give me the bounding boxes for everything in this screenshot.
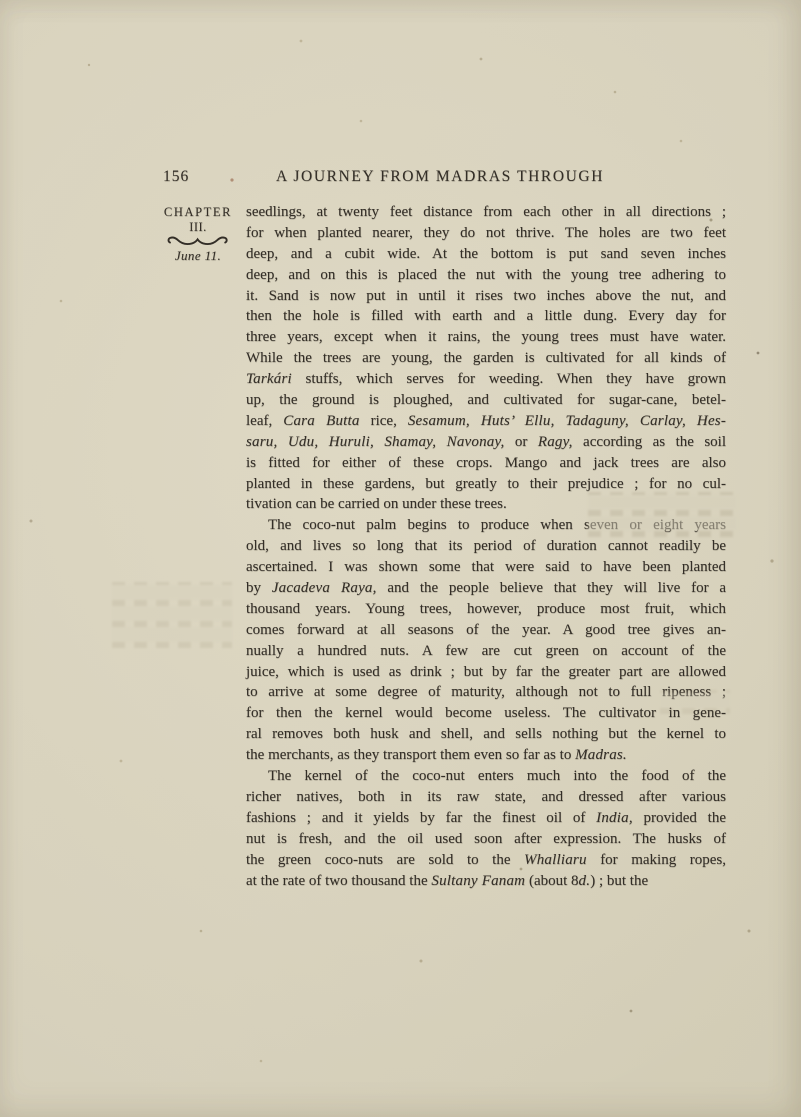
text-line: the green coco-nuts are sold to the Whal… bbox=[246, 850, 726, 871]
text-line: nut is fresh, and the oil used soon afte… bbox=[246, 829, 726, 850]
text-line: richer natives, both in its raw state, a… bbox=[246, 787, 726, 808]
text-line: for then the kernel would become useless… bbox=[246, 703, 726, 724]
text-line: ral removes both husk and shell, and sel… bbox=[246, 724, 726, 745]
text-line: for when planted nearer, they do not thr… bbox=[246, 223, 726, 244]
text-line: at the rate of two thousand the Sultany … bbox=[246, 871, 726, 892]
book-page-scan: 156 A JOURNEY FROM MADRAS THROUGH CHAPTE… bbox=[0, 0, 801, 1117]
margin-notes: CHAPTER III. June 11. bbox=[150, 205, 246, 264]
swash-ornament-icon bbox=[166, 234, 230, 248]
text-line: deep, and a cubit wide. At the bottom is… bbox=[246, 244, 726, 265]
text-line: leaf, Cara Butta rice, Sesamum, Huts’ El… bbox=[246, 411, 726, 432]
text-line: it. Sand is now put in until it rises tw… bbox=[246, 286, 726, 307]
text-line: is fitted for either of these crops. Man… bbox=[246, 453, 726, 474]
text-line: ascertained. I was shown some that were … bbox=[246, 557, 726, 578]
text-line: three years, except when it rains, the y… bbox=[246, 327, 726, 348]
text-line: While the trees are young, the garden is… bbox=[246, 348, 726, 369]
text-line: by Jacadeva Raya, and the people believe… bbox=[246, 578, 726, 599]
text-line: deep, and on this is placed the nut with… bbox=[246, 265, 726, 286]
text-line: thousand years. Young trees, however, pr… bbox=[246, 599, 726, 620]
show-through-smudge bbox=[588, 492, 738, 537]
text-line: comes forward at all seasons of the year… bbox=[246, 620, 726, 641]
body-text: seedlings, at twenty feet distance from … bbox=[246, 202, 726, 891]
margin-chapter-numeral: III. bbox=[150, 220, 246, 235]
text-line: saru, Udu, Huruli, Shamay, Navonay, or R… bbox=[246, 432, 726, 453]
text-line: to arrive at some degree of maturity, al… bbox=[246, 682, 726, 703]
text-line: the merchants, as they transport them ev… bbox=[246, 745, 726, 766]
paper-specks bbox=[0, 0, 2, 2]
show-through-smudge bbox=[660, 690, 730, 714]
text-line: then the hole is filled with earth and a… bbox=[246, 306, 726, 327]
text-line: seedlings, at twenty feet distance from … bbox=[246, 202, 726, 223]
running-head: A JOURNEY FROM MADRAS THROUGH bbox=[200, 168, 680, 186]
margin-date-note: June 11. bbox=[150, 248, 246, 264]
text-line: old, and lives so long that its period o… bbox=[246, 536, 726, 557]
show-through-smudge bbox=[112, 582, 232, 648]
text-line: nually a hundred nuts. A few are cut gre… bbox=[246, 641, 726, 662]
margin-chapter-label: CHAPTER bbox=[150, 205, 246, 220]
text-line: The kernel of the coco-nut enters much i… bbox=[246, 766, 726, 787]
text-line: juice, which is used as drink ; but by f… bbox=[246, 662, 726, 683]
text-line: Tarkári stuffs, which serves for weeding… bbox=[246, 369, 726, 390]
text-line: fashions ; and it yields by far the fine… bbox=[246, 808, 726, 829]
page-number: 156 bbox=[163, 168, 189, 186]
text-line: up, the ground is ploughed, and cultivat… bbox=[246, 390, 726, 411]
